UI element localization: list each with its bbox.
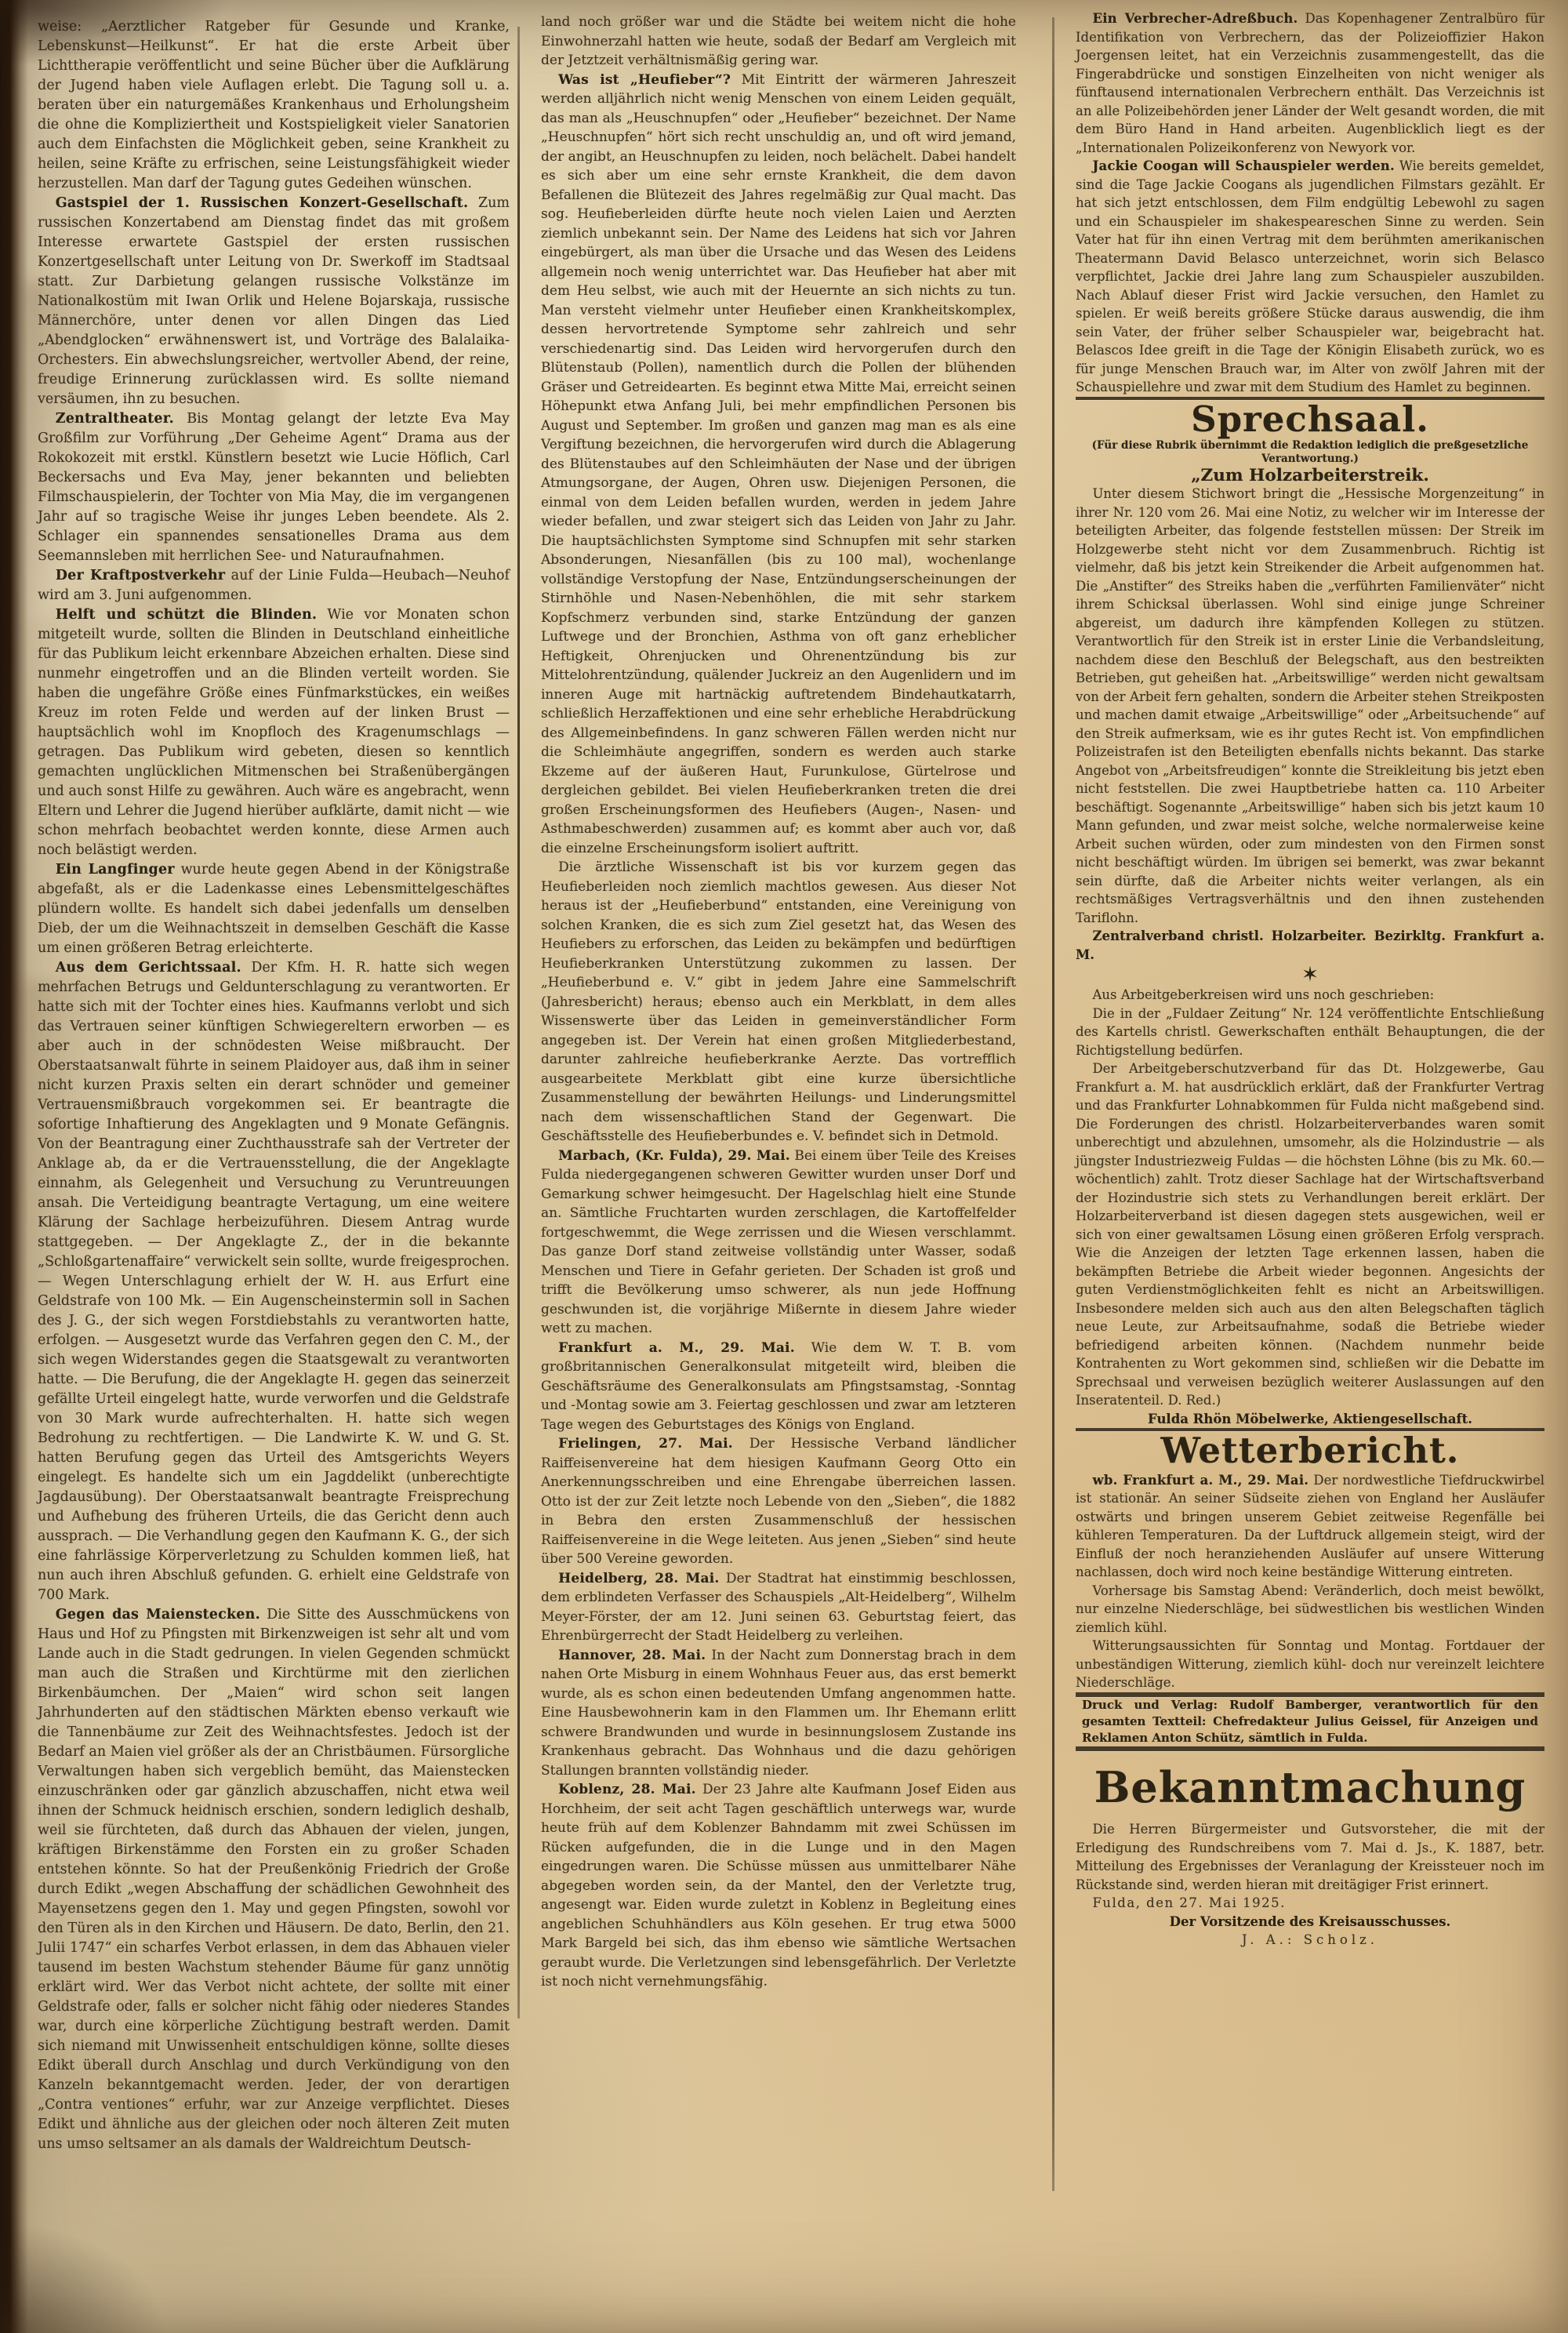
article-paragraph: Ein Verbrecher-Adreßbuch. Das Kopenhagen… — [1076, 9, 1544, 157]
article-paragraph: Die in der „Fuldaer Zeitung“ Nr. 124 ver… — [1076, 1005, 1544, 1060]
article-paragraph: Vorhersage bis Samstag Abend: Veränderli… — [1076, 1582, 1544, 1637]
article-paragraph: Gastspiel der 1. Russischen Konzert-Gese… — [38, 194, 510, 409]
article-paragraph: wb. Frankfurt a. M., 29. Mai. Der nordwe… — [1076, 1471, 1544, 1582]
article-lead: Gegen das Maienstecken. — [56, 1607, 260, 1623]
article-lead: Helft und schützt die Blinden. — [56, 607, 317, 623]
newspaper-column-left: weise: „Aerztlicher Ratgeber für Gesunde… — [38, 17, 510, 2154]
article-lead: Aus dem Gerichtssaal. — [56, 960, 241, 976]
newspaper-column-middle: land noch größer war und die Städte bei … — [541, 13, 1016, 1992]
article-lead: Zentraltheater. — [56, 411, 174, 427]
article-lead: Jackie Coogan will Schauspieler werden. — [1092, 158, 1395, 173]
section-headline: Wetterbericht. — [1076, 1431, 1544, 1470]
article-paragraph: Der Kraftpostverkehr auf der Linie Fulda… — [38, 566, 510, 605]
article-paragraph: Frankfurt a. M., 29. Mai. Wie dem W. T. … — [541, 1339, 1016, 1435]
imprint-line: Druck und Verlag: Rudolf Bamberger, vera… — [1076, 1697, 1544, 1746]
signoff-line: J. A.: Scholz. — [1076, 1931, 1544, 1950]
article-continuation: land noch größer war und die Städte bei … — [541, 13, 1016, 71]
scan-shadow-corner — [0, 2176, 235, 2333]
article-paragraph: Unter diesem Stichwort bringt die „Hessi… — [1076, 485, 1544, 927]
newspaper-column-right: Ein Verbrecher-Adreßbuch. Das Kopenhagen… — [1076, 9, 1544, 1950]
article-paragraph: Der Arbeitgeberschutzverband für das Dt.… — [1076, 1059, 1544, 1410]
article-lead: Ein Langfinger — [56, 862, 175, 878]
column-divider-rule — [1052, 17, 1054, 2191]
article-paragraph: Heidelberg, 28. Mai. Der Stadtrat hat ei… — [541, 1569, 1016, 1646]
article-lead: Koblenz, 28. Mai. — [558, 1782, 696, 1797]
book-spine-edge — [0, 0, 28, 2333]
article-lead: Hannover, 28. Mai. — [558, 1648, 706, 1663]
article-lead: wb. Frankfurt a. M., 29. Mai. — [1092, 1473, 1308, 1488]
article-lead: Ein Verbrecher-Adreßbuch. — [1092, 11, 1298, 26]
column-divider-rule — [517, 27, 520, 2019]
article-lead: Was ist „Heufieber“? — [558, 72, 731, 88]
article-lead: Der Kraftpostverkehr — [56, 568, 225, 583]
article-paragraph: Koblenz, 28. Mai. Der 23 Jahre alte Kauf… — [541, 1780, 1016, 1992]
section-headline: Sprechsaal. — [1076, 400, 1544, 439]
section-headline: Bekanntmachung — [1076, 1764, 1544, 1811]
signature-line: Der Vorsitzende des Kreisausschusses. — [1076, 1913, 1544, 1931]
article-paragraph: Die ärztliche Wissenschaft ist bis vor k… — [541, 858, 1016, 1147]
article-lead: Frielingen, 27. Mai. — [558, 1436, 733, 1452]
article-paragraph: Witterungsaussichten für Sonntag und Mon… — [1076, 1637, 1544, 1692]
date-line: Fulda, den 27. Mai 1925. — [1076, 1894, 1544, 1913]
article-paragraph: Frielingen, 27. Mai. Der Hessische Verba… — [541, 1434, 1016, 1569]
newspaper-page: weise: „Aerztlicher Ratgeber für Gesunde… — [0, 0, 1568, 2333]
article-paragraph: Jackie Coogan will Schauspieler werden. … — [1076, 157, 1544, 397]
article-lead: Heidelberg, 28. Mai. — [558, 1571, 719, 1586]
rubric-note: (Für diese Rubrik übernimmt die Redaktio… — [1076, 439, 1544, 467]
article-paragraph: Ein Langfinger wurde heute gegen Abend i… — [38, 860, 510, 958]
article-paragraph: Die Herren Bürgermeister und Gutsvorsteh… — [1076, 1820, 1544, 1894]
divider-rule — [1076, 1746, 1544, 1751]
signature-line: Zentralverband christl. Holzarbeiter. Be… — [1076, 927, 1544, 964]
article-continuation: weise: „Aerztlicher Ratgeber für Gesunde… — [38, 17, 510, 194]
article-paragraph: Zentraltheater. Bis Montag gelangt der l… — [38, 409, 510, 566]
article-paragraph: Hannover, 28. Mai. In der Nacht zum Donn… — [541, 1646, 1016, 1781]
article-paragraph: Gegen das Maienstecken. Die Sitte des Au… — [38, 1605, 510, 2154]
sub-headline: „Zum Holzarbeiterstreik. — [1076, 467, 1544, 485]
article-lead: Frankfurt a. M., 29. Mai. — [558, 1340, 795, 1356]
article-paragraph: Marbach, (Kr. Fulda), 29. Mai. Bei einem… — [541, 1147, 1016, 1339]
article-paragraph: Helft und schützt die Blinden. Wie vor M… — [38, 605, 510, 860]
star-separator: ✶ — [1076, 964, 1544, 986]
article-paragraph: Aus Arbeitgeberkreisen wird uns noch ges… — [1076, 986, 1544, 1005]
article-paragraph: Was ist „Heufieber“? Mit Eintritt der wä… — [541, 71, 1016, 859]
article-lead: Gastspiel der 1. Russischen Konzert-Gese… — [56, 195, 469, 211]
article-lead: Marbach, (Kr. Fulda), 29. Mai. — [558, 1148, 790, 1164]
signature-line: Fulda Rhön Möbelwerke, Aktiengesellschaf… — [1076, 1410, 1544, 1429]
article-paragraph: Aus dem Gerichtssaal. Der Kfm. H. R. hat… — [38, 958, 510, 1605]
